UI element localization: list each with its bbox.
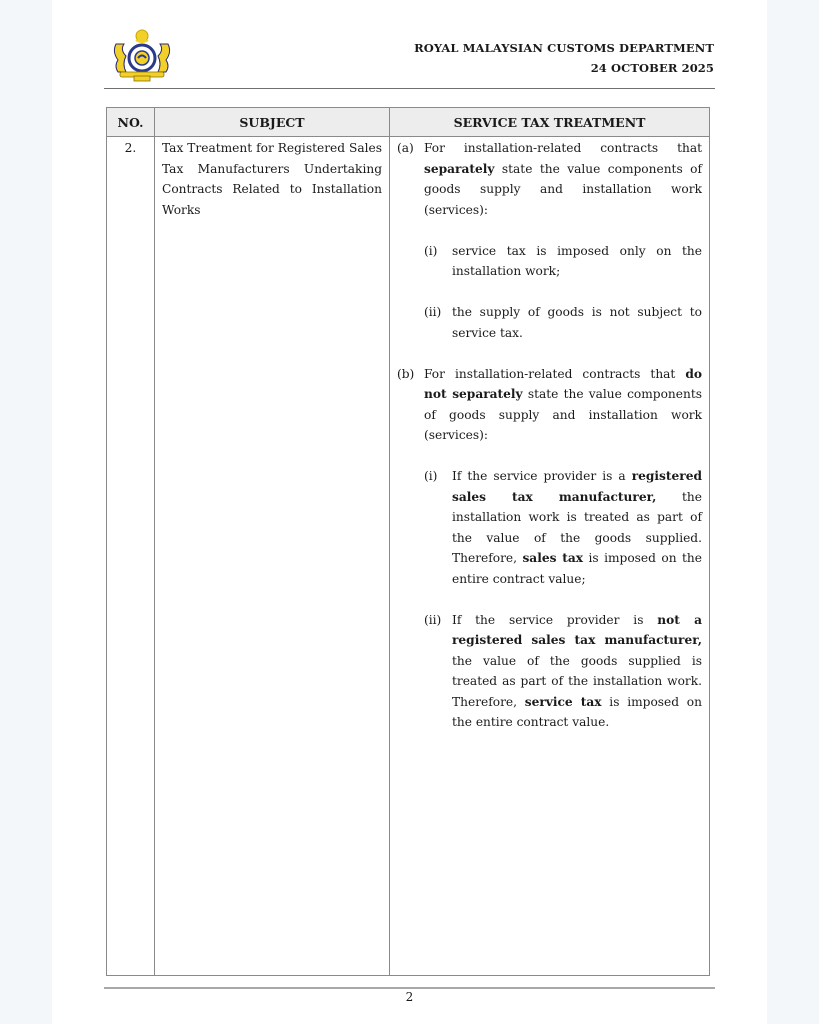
customs-crest-icon [108, 26, 176, 82]
row-number: 2. [107, 137, 155, 976]
table-row: 2. Tax Treatment for Registered Sales Ta… [107, 137, 710, 976]
row-treatment: (a) For installation-related contracts t… [390, 137, 710, 976]
header-divider [104, 88, 715, 89]
column-header-subject: SUBJECT [155, 108, 390, 137]
column-header-treatment: SERVICE TAX TREATMENT [390, 108, 710, 137]
document-header: ROYAL MALAYSIAN CUSTOMS DEPARTMENT 24 OC… [414, 38, 714, 78]
row-subject: Tax Treatment for Registered Sales Tax M… [155, 137, 390, 976]
footer-divider [104, 987, 715, 989]
treatment-item-b-i: (i) If the service provider is a registe… [424, 466, 702, 589]
treatment-item-a-i: (i) service tax is imposed only on the i… [424, 241, 702, 282]
document-date: 24 OCTOBER 2025 [414, 58, 714, 78]
treatment-item-b: (b) For installation-related contracts t… [397, 364, 702, 446]
column-header-no: NO. [107, 108, 155, 137]
table-header-row: NO. SUBJECT SERVICE TAX TREATMENT [107, 108, 710, 137]
tax-treatment-table: NO. SUBJECT SERVICE TAX TREATMENT 2. Tax… [106, 107, 710, 976]
treatment-item-a-ii: (ii) the supply of goods is not subject … [424, 302, 702, 343]
treatment-item-b-ii: (ii) If the service provider is not a re… [424, 610, 702, 733]
treatment-item-a: (a) For installation-related contracts t… [397, 138, 702, 220]
organization-name: ROYAL MALAYSIAN CUSTOMS DEPARTMENT [414, 38, 714, 58]
page-number: 2 [0, 990, 819, 1004]
